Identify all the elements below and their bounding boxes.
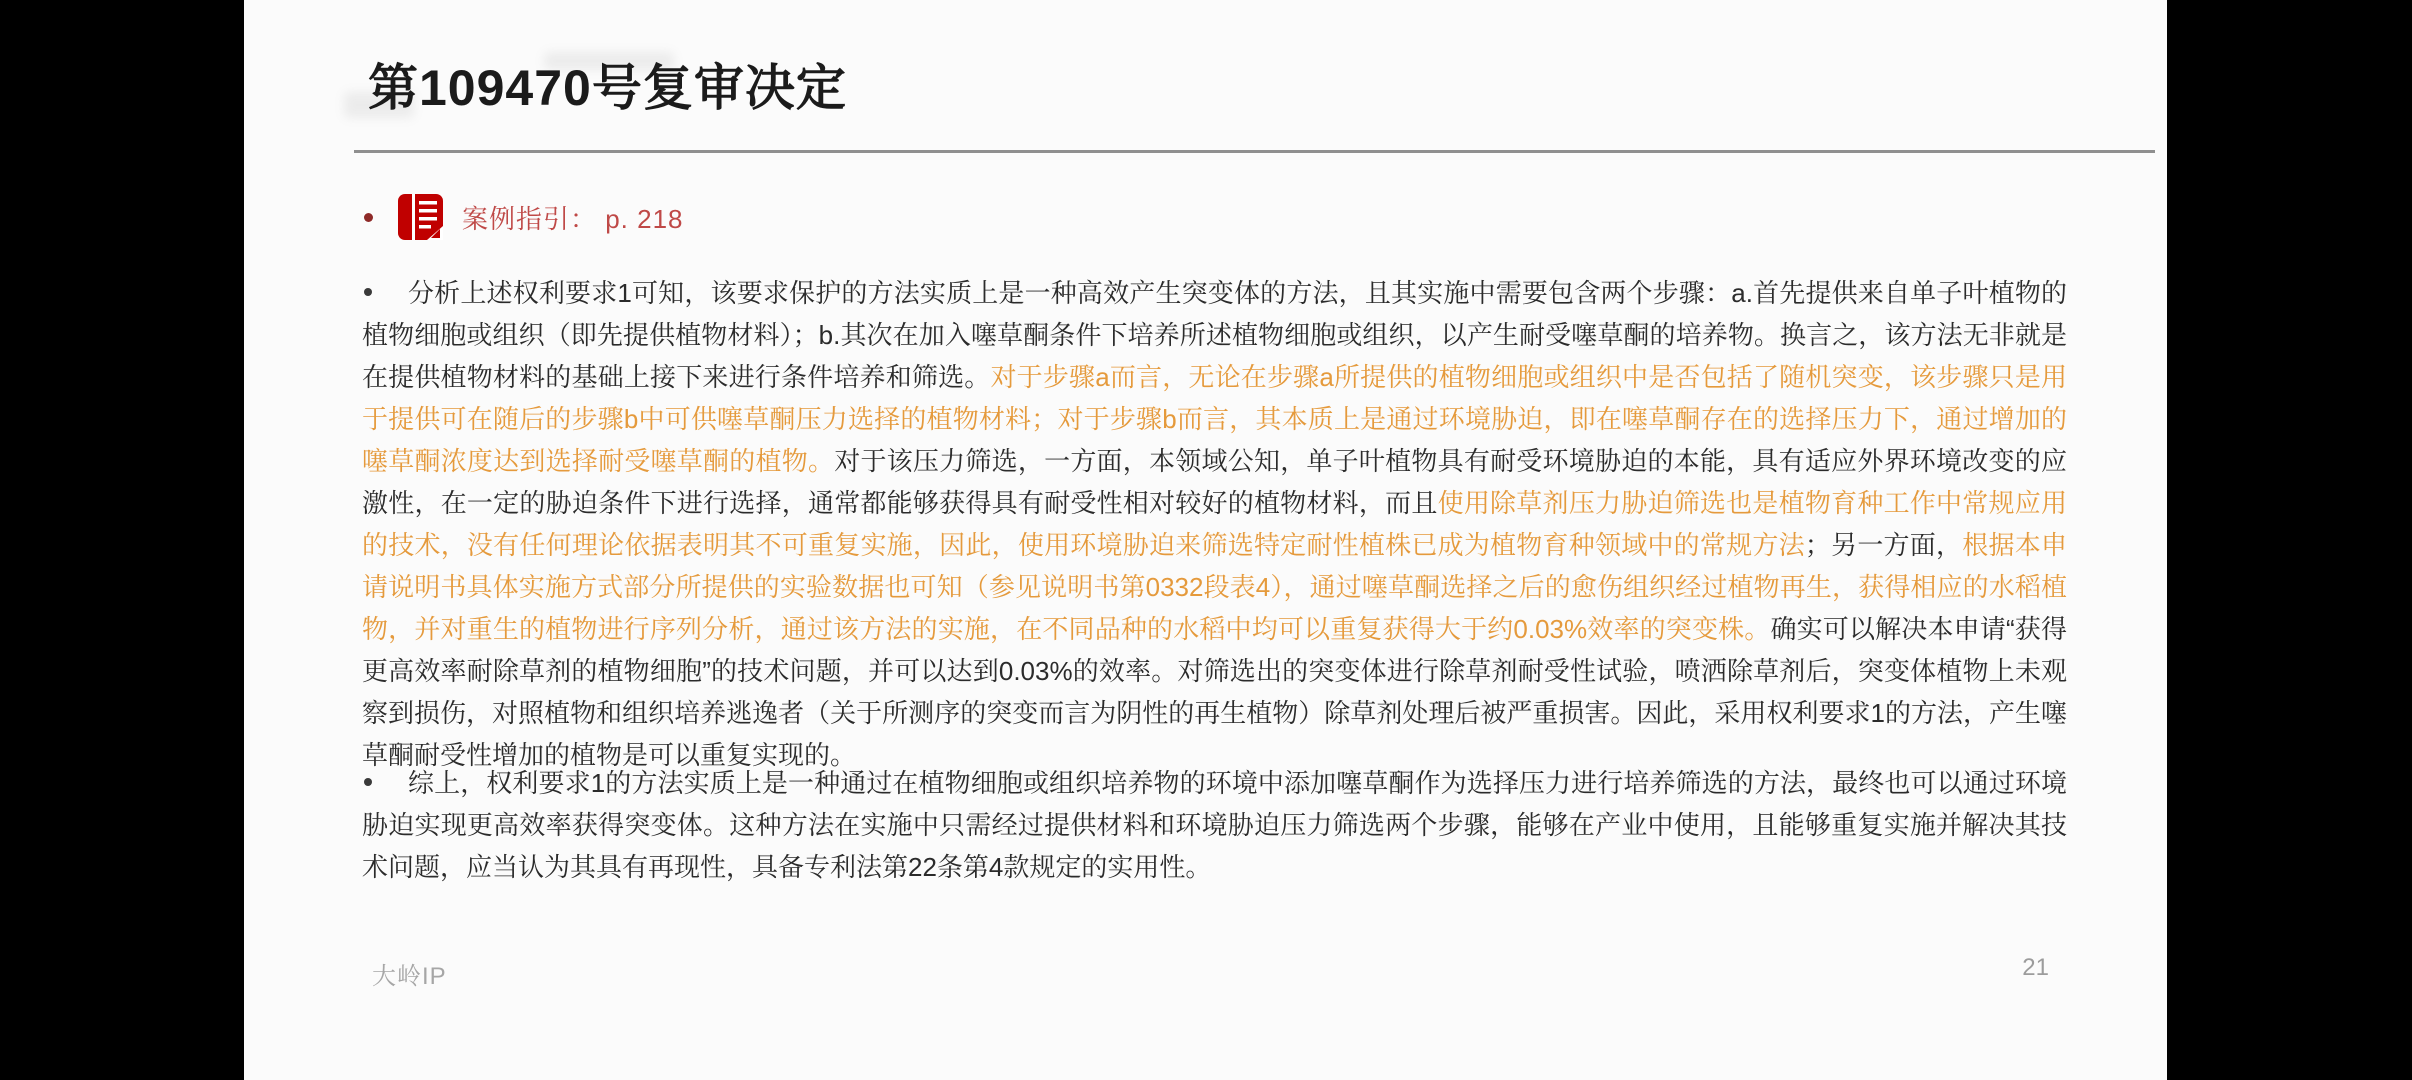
bullet-dot (364, 213, 373, 222)
page-number: 21 (2022, 954, 2049, 982)
text-segment-body: ；另一方面， (1805, 530, 1962, 560)
brand-footer: 大岭IP (372, 956, 447, 991)
red-notebook-icon (397, 192, 444, 242)
page-title: 第109470号复审决定 (368, 48, 847, 120)
paragraph-claim-analysis: 分析上述权利要求1可知，该要求保护的方法实质上是一种高效产生突变体的方法，且其实… (362, 272, 2067, 776)
case-guide-row: 案例指引： p. 218 (364, 190, 684, 244)
paragraph-conclusion: 综上，权利要求1的方法实质上是一种通过在植物细胞或组织培养物的环境中添加噻草酮作… (362, 762, 2067, 888)
case-guide-label: 案例指引： p. 218 (462, 199, 684, 236)
title-underline (354, 150, 2155, 153)
text-segment-body: 综上，权利要求1的方法实质上是一种通过在植物细胞或组织培养物的环境中添加噻草酮作… (362, 768, 2067, 882)
presentation-slide: 第109470号复审决定 案例指引： p. 218 分析上述权利要求1可知，该要… (244, 0, 2167, 1080)
bullet-dot (364, 778, 372, 786)
bullet-dot (364, 288, 372, 296)
